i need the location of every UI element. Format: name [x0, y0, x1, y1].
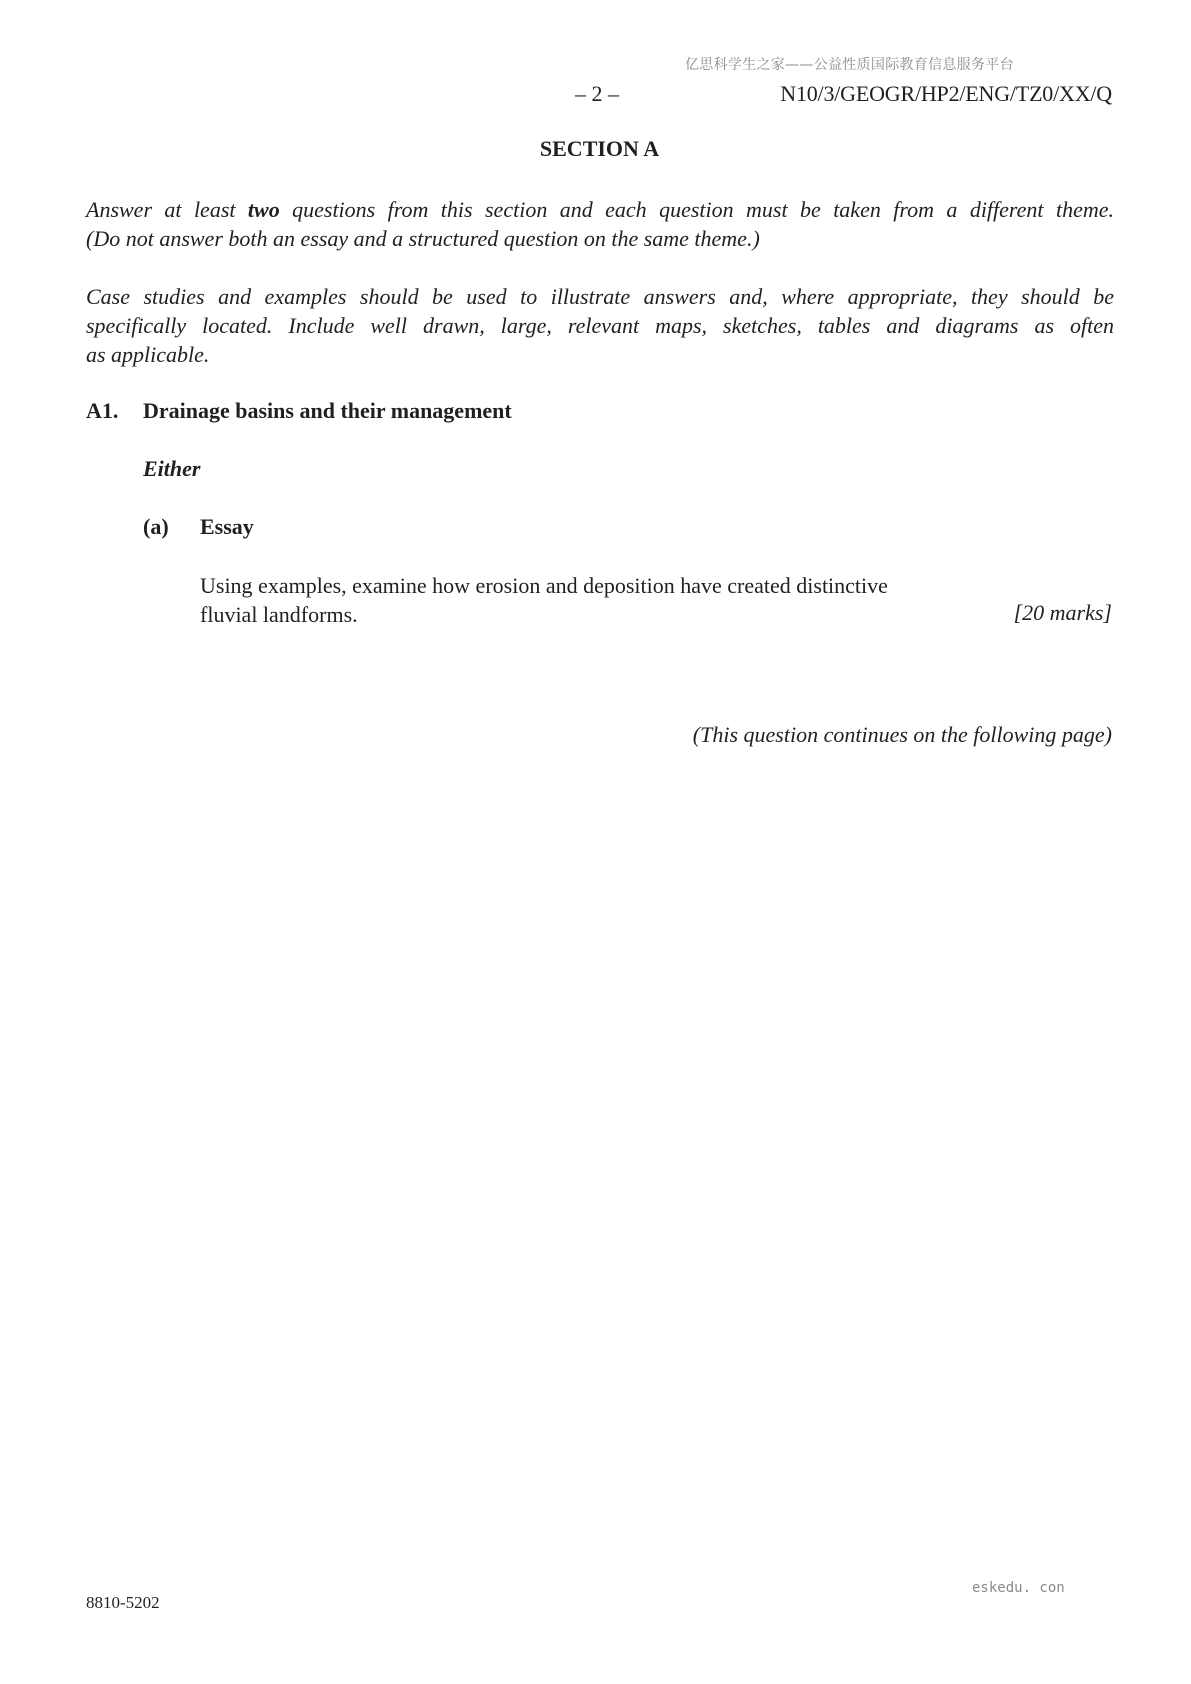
footer-code: 8810-5202	[86, 1593, 160, 1613]
guidance-line-2: specifically located. Include well drawn…	[86, 311, 1114, 340]
question-text-line-1: Using examples, examine how erosion and …	[200, 571, 980, 600]
guidance-line-3: as applicable.	[86, 340, 1114, 369]
part-label: (a)	[143, 514, 169, 540]
question-text: Using examples, examine how erosion and …	[200, 571, 980, 629]
instructions-emphasis: two	[248, 197, 280, 222]
paper-code: N10/3/GEOGR/HP2/ENG/TZ0/XX/Q	[780, 81, 1112, 107]
page-number: – 2 –	[575, 81, 619, 107]
instructions-line-1: Answer at least two questions from this …	[86, 195, 1114, 224]
part-title: Essay	[200, 514, 254, 540]
watermark-footer: eskedu. con	[972, 1580, 1065, 1596]
instructions-text: Answer at least	[86, 197, 248, 222]
question-title: Drainage basins and their management	[143, 398, 512, 424]
question-number: A1.	[86, 398, 118, 424]
section-guidance: Case studies and examples should be used…	[86, 282, 1114, 369]
guidance-line-1: Case studies and examples should be used…	[86, 282, 1114, 311]
watermark-header: 亿思科学生之家——公益性质国际教育信息服务平台	[685, 54, 1014, 74]
question-text-line-2: fluvial landforms.	[200, 600, 980, 629]
section-instructions: Answer at least two questions from this …	[86, 195, 1114, 253]
continues-note: (This question continues on the followin…	[693, 722, 1112, 748]
section-title: SECTION A	[0, 136, 1191, 162]
either-label: Either	[143, 456, 200, 482]
marks: [20 marks]	[1014, 600, 1112, 626]
instructions-text: questions from this section and each que…	[280, 197, 1114, 222]
instructions-line-2: (Do not answer both an essay and a struc…	[86, 224, 1114, 253]
